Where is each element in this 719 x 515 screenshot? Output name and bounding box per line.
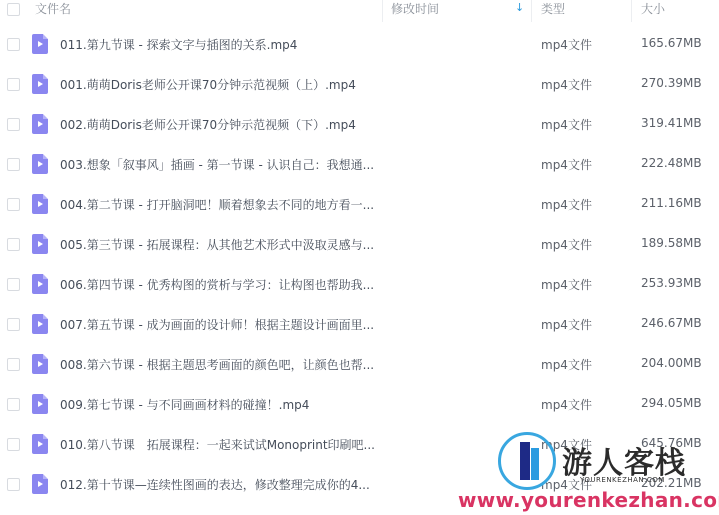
file-name[interactable]: 009.第七节课 - 与不同画画材料的碰撞！.mp4	[60, 396, 309, 413]
file-size: 645.76MB	[641, 436, 702, 450]
row-checkbox[interactable]	[7, 78, 20, 91]
file-size: 319.41MB	[641, 116, 702, 130]
row-checkbox[interactable]	[7, 438, 20, 451]
file-row[interactable]: 004.第二节课 - 打开脑洞吧！顺着想象去不同的地方看一... mp4文件 2…	[0, 185, 719, 225]
file-name[interactable]: 010.第八节课 拓展课程：一起来试试Monoprint印刷吧...	[60, 436, 375, 453]
play-icon	[38, 161, 43, 167]
column-header-modified[interactable]: 修改时间	[391, 0, 439, 24]
file-row[interactable]: 011.第九节课 - 探索文字与插图的关系.mp4 mp4文件 165.67MB	[0, 25, 719, 65]
row-checkbox[interactable]	[7, 398, 20, 411]
file-name[interactable]: 011.第九节课 - 探索文字与插图的关系.mp4	[60, 36, 297, 53]
play-icon	[38, 481, 43, 487]
video-file-icon	[32, 474, 48, 494]
row-checkbox[interactable]	[7, 158, 20, 171]
file-size: 253.93MB	[641, 276, 702, 290]
file-name[interactable]: 008.第六节课 - 根据主题思考画面的颜色吧，让颜色也帮...	[60, 356, 374, 373]
file-name[interactable]: 004.第二节课 - 打开脑洞吧！顺着想象去不同的地方看一...	[60, 196, 374, 213]
file-size: 222.48MB	[641, 156, 702, 170]
file-row[interactable]: 006.第四节课 - 优秀构图的赏析与学习：让构图也帮助我... mp4文件 2…	[0, 265, 719, 305]
column-header-size[interactable]: 大小	[641, 0, 665, 24]
file-type: mp4文件	[541, 276, 592, 293]
video-file-icon	[32, 354, 48, 374]
file-size: 202.21MB	[641, 476, 702, 490]
file-size: 270.39MB	[641, 76, 702, 90]
play-icon	[38, 361, 43, 367]
play-icon	[38, 281, 43, 287]
file-type: mp4文件	[541, 156, 592, 173]
file-row[interactable]: 012.第十节课—连续性图画的表达，修改整理完成你的4... mp4文件 202…	[0, 465, 719, 505]
file-type: mp4文件	[541, 436, 592, 453]
file-name[interactable]: 001.萌萌Doris老师公开课70分钟示范视频（上）.mp4	[60, 76, 356, 93]
video-file-icon	[32, 114, 48, 134]
select-all-checkbox[interactable]	[7, 3, 20, 16]
video-file-icon	[32, 74, 48, 94]
video-file-icon	[32, 394, 48, 414]
file-row[interactable]: 010.第八节课 拓展课程：一起来试试Monoprint印刷吧... mp4文件…	[0, 425, 719, 465]
play-icon	[38, 241, 43, 247]
file-type: mp4文件	[541, 116, 592, 133]
row-checkbox[interactable]	[7, 478, 20, 491]
play-icon	[38, 121, 43, 127]
sort-descending-icon[interactable]: ↓	[515, 1, 524, 14]
file-row[interactable]: 001.萌萌Doris老师公开课70分钟示范视频（上）.mp4 mp4文件 27…	[0, 65, 719, 105]
file-name[interactable]: 012.第十节课—连续性图画的表达，修改整理完成你的4...	[60, 476, 370, 493]
column-divider[interactable]	[382, 0, 383, 22]
file-name[interactable]: 002.萌萌Doris老师公开课70分钟示范视频（下）.mp4	[60, 116, 356, 133]
row-checkbox[interactable]	[7, 318, 20, 331]
row-checkbox[interactable]	[7, 118, 20, 131]
file-size: 189.58MB	[641, 236, 702, 250]
play-icon	[38, 321, 43, 327]
file-type: mp4文件	[541, 236, 592, 253]
file-size: 211.16MB	[641, 196, 702, 210]
file-type: mp4文件	[541, 316, 592, 333]
column-header-name[interactable]: 文件名	[35, 0, 71, 24]
row-checkbox[interactable]	[7, 278, 20, 291]
file-size: 246.67MB	[641, 316, 702, 330]
play-icon	[38, 81, 43, 87]
file-size: 165.67MB	[641, 36, 702, 50]
file-type: mp4文件	[541, 396, 592, 413]
row-checkbox[interactable]	[7, 238, 20, 251]
column-divider[interactable]	[631, 0, 632, 22]
file-type: mp4文件	[541, 356, 592, 373]
file-row[interactable]: 008.第六节课 - 根据主题思考画面的颜色吧，让颜色也帮... mp4文件 2…	[0, 345, 719, 385]
file-row[interactable]: 005.第三节课 - 拓展课程：从其他艺术形式中汲取灵感与... mp4文件 1…	[0, 225, 719, 265]
file-row[interactable]: 002.萌萌Doris老师公开课70分钟示范视频（下）.mp4 mp4文件 31…	[0, 105, 719, 145]
file-type: mp4文件	[541, 196, 592, 213]
video-file-icon	[32, 314, 48, 334]
video-file-icon	[32, 434, 48, 454]
file-size: 204.00MB	[641, 356, 702, 370]
row-checkbox[interactable]	[7, 358, 20, 371]
file-type: mp4文件	[541, 476, 592, 493]
row-checkbox[interactable]	[7, 198, 20, 211]
file-list-header: 文件名 修改时间 ↓ 类型 大小	[0, 0, 719, 24]
file-name[interactable]: 005.第三节课 - 拓展课程：从其他艺术形式中汲取灵感与...	[60, 236, 374, 253]
column-divider[interactable]	[531, 0, 532, 22]
play-icon	[38, 41, 43, 47]
video-file-icon	[32, 154, 48, 174]
file-row[interactable]: 003.想象「叙事风」插画 - 第一节课 - 认识自己：我想通... mp4文件…	[0, 145, 719, 185]
file-type: mp4文件	[541, 36, 592, 53]
file-name[interactable]: 003.想象「叙事风」插画 - 第一节课 - 认识自己：我想通...	[60, 156, 374, 173]
file-row[interactable]: 007.第五节课 - 成为画面的设计师！根据主题设计画面里... mp4文件 2…	[0, 305, 719, 345]
file-row[interactable]: 009.第七节课 - 与不同画画材料的碰撞！.mp4 mp4文件 294.05M…	[0, 385, 719, 425]
play-icon	[38, 441, 43, 447]
file-name[interactable]: 006.第四节课 - 优秀构图的赏析与学习：让构图也帮助我...	[60, 276, 374, 293]
video-file-icon	[32, 234, 48, 254]
video-file-icon	[32, 274, 48, 294]
video-file-icon	[32, 34, 48, 54]
file-size: 294.05MB	[641, 396, 702, 410]
video-file-icon	[32, 194, 48, 214]
file-name[interactable]: 007.第五节课 - 成为画面的设计师！根据主题设计画面里...	[60, 316, 374, 333]
column-header-type[interactable]: 类型	[541, 0, 565, 24]
play-icon	[38, 201, 43, 207]
row-checkbox[interactable]	[7, 38, 20, 51]
play-icon	[38, 401, 43, 407]
file-type: mp4文件	[541, 76, 592, 93]
